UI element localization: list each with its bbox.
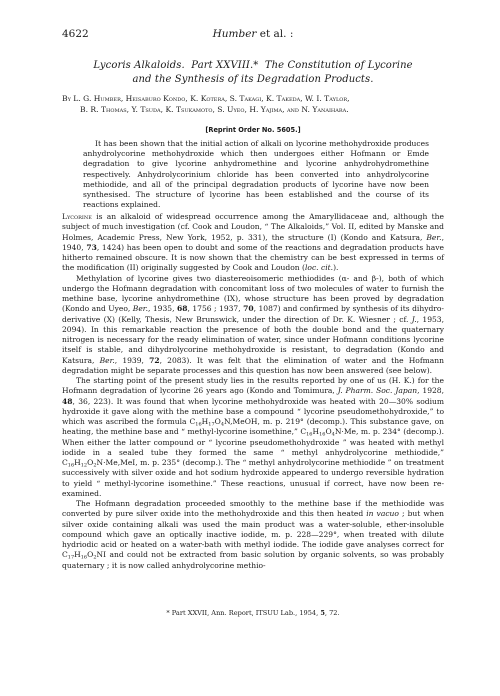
author-line-1: By L. G. Humber, Heisaburo Kondo, K. Kot… <box>62 93 444 104</box>
footnote: * Part XXVII, Ann. Report, ITSUU Lab., 1… <box>62 609 444 617</box>
title-line-1: Lycoris Alkaloids. Part XXVIII.* The Con… <box>62 59 444 73</box>
running-head: 4622 Humber et al. : <box>62 28 444 42</box>
paragraph-4: The Hofmann degradation proceeded smooth… <box>62 499 444 571</box>
journal-abbrev: Ber. <box>426 233 441 242</box>
abstract: It has been shown that the initial actio… <box>83 139 429 210</box>
article-body: Lycorine is an alkaloid of widespread oc… <box>62 212 444 571</box>
author-list: By L. G. Humber, Heisaburo Kondo, K. Kot… <box>62 93 444 115</box>
paragraph-2: Methylation of lycorine gives two diaste… <box>62 274 444 377</box>
article-title: Lycoris Alkaloids. Part XXVIII.* The Con… <box>62 59 444 87</box>
paragraph-1: Lycorine is an alkaloid of widespread oc… <box>62 212 444 274</box>
running-head-author: Humber <box>213 28 257 40</box>
title-line-2: and the Synthesis of its Degradation Pro… <box>62 73 444 87</box>
running-head-title: Humber et al. : <box>62 28 444 40</box>
loc-cit: loc. cit. <box>305 263 333 272</box>
paragraph-3: The starting point of the present study … <box>62 376 444 499</box>
running-head-etal: et al. : <box>256 28 293 40</box>
reprint-order: [Reprint Order No. 5605.] <box>62 126 444 134</box>
lead-word: Lycorine <box>62 212 92 221</box>
volume-number: 73 <box>86 243 97 252</box>
author-line-2: B. R. Thomas, Y. Tsuda, K. Tsukamoto, S.… <box>62 104 444 115</box>
abstract-text: It has been shown that the initial actio… <box>83 139 429 210</box>
